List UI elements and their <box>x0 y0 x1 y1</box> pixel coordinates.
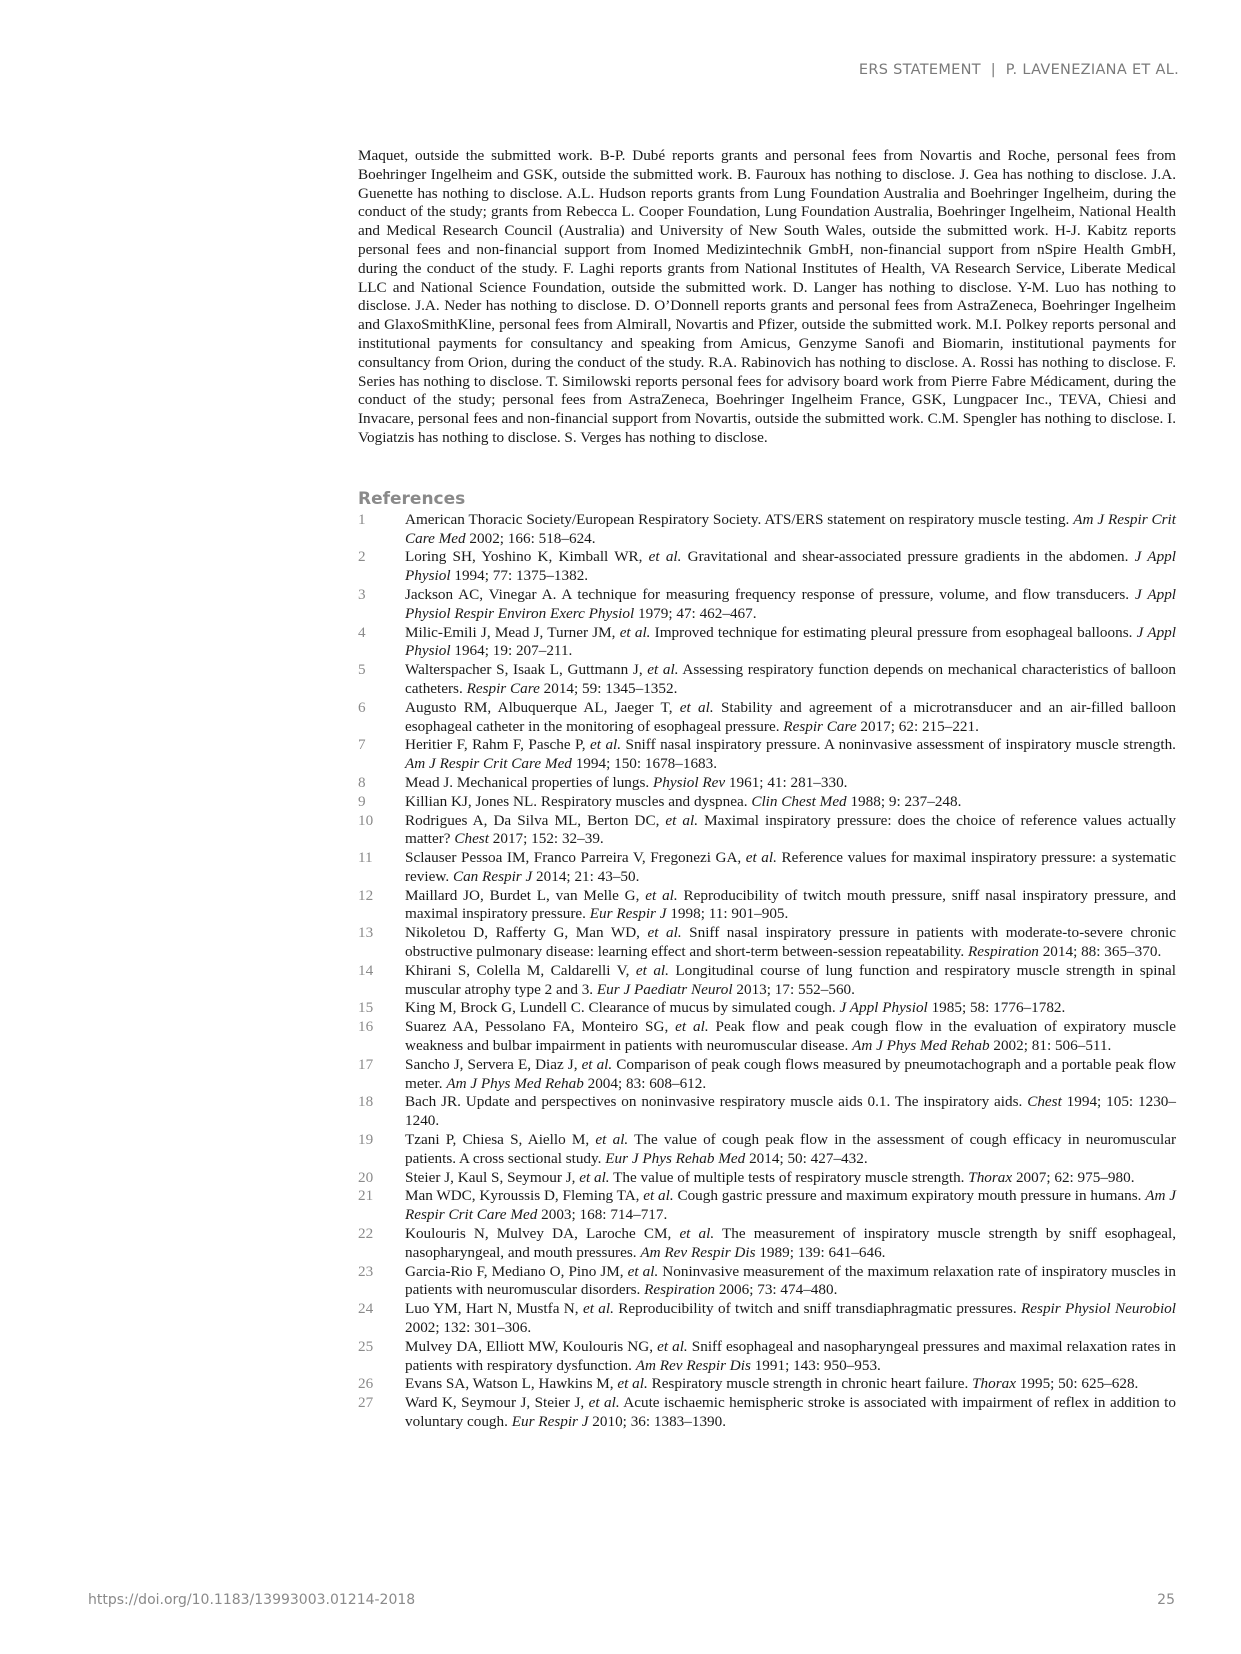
reference-number: 10 <box>358 812 405 850</box>
reference-text: Milic-Emili J, Mead J, Turner JM, et al.… <box>405 624 1176 662</box>
reference-item: 14 Khirani S, Colella M, Caldarelli V, e… <box>358 962 1176 1000</box>
references-heading: References <box>358 488 1176 510</box>
reference-authors-title: Khirani S, Colella M, Caldarelli V, <box>405 962 636 979</box>
reference-journal: Am J Phys Med Rehab <box>446 1075 583 1092</box>
reference-authors-title: Sclauser Pessoa IM, Franco Parreira V, F… <box>405 849 746 866</box>
reference-text: Luo YM, Hart N, Mustfa N, et al. Reprodu… <box>405 1300 1176 1338</box>
reference-authors-title: Killian KJ, Jones NL. Respiratory muscle… <box>405 793 751 810</box>
reference-text: Bach JR. Update and perspectives on noni… <box>405 1093 1176 1131</box>
reference-number: 24 <box>358 1300 405 1338</box>
reference-item: 5 Walterspacher S, Isaak L, Guttmann J, … <box>358 661 1176 699</box>
reference-authors-title: Evans SA, Watson L, Hawkins M, <box>405 1375 617 1392</box>
reference-citation: 1961; 41: 281–330. <box>725 774 847 791</box>
reference-citation: 1988; 9: 237–248. <box>847 793 962 810</box>
reference-title: Respiratory muscle strength in chronic h… <box>648 1375 972 1392</box>
page-content: Maquet, outside the submitted work. B-P.… <box>358 147 1176 1432</box>
reference-citation: 2006; 73: 474–480. <box>715 1281 837 1298</box>
reference-number: 18 <box>358 1093 405 1131</box>
reference-item: 12 Maillard JO, Burdet L, van Melle G, e… <box>358 887 1176 925</box>
reference-authors-title: Steier J, Kaul S, Seymour J, <box>405 1169 579 1186</box>
reference-number: 8 <box>358 774 405 793</box>
reference-number: 12 <box>358 887 405 925</box>
reference-authors-title: Ward K, Seymour J, Steier J, <box>405 1394 589 1411</box>
et-al: et al. <box>590 736 621 753</box>
reference-number: 22 <box>358 1225 405 1263</box>
reference-number: 6 <box>358 699 405 737</box>
reference-citation: 2002; 81: 506–511. <box>990 1037 1112 1054</box>
reference-number: 5 <box>358 661 405 699</box>
reference-authors-title: Maillard JO, Burdet L, van Melle G, <box>405 887 645 904</box>
reference-journal: Clin Chest Med <box>751 793 846 810</box>
reference-number: 27 <box>358 1394 405 1432</box>
reference-authors-title: Bach JR. Update and perspectives on noni… <box>405 1093 1027 1110</box>
reference-text: Mulvey DA, Elliott MW, Koulouris NG, et … <box>405 1338 1176 1376</box>
reference-authors-title: King M, Brock G, Lundell C. Clearance of… <box>405 999 839 1016</box>
reference-item: 6 Augusto RM, Albuquerque AL, Jaeger T, … <box>358 699 1176 737</box>
reference-journal: Eur Respir J <box>590 905 667 922</box>
reference-journal: Respir Physiol Neurobiol <box>1021 1300 1176 1317</box>
reference-journal: Am J Respir Crit Care Med <box>405 755 572 772</box>
reference-title: Gravitational and shear-associated press… <box>681 548 1134 565</box>
reference-journal: Chest <box>454 830 489 847</box>
reference-authors-title: Luo YM, Hart N, Mustfa N, <box>405 1300 583 1317</box>
reference-item: 19 Tzani P, Chiesa S, Aiello M, et al. T… <box>358 1131 1176 1169</box>
reference-citation: 1985; 58: 1776–1782. <box>928 999 1066 1016</box>
reference-item: 2 Loring SH, Yoshino K, Kimball WR, et a… <box>358 548 1176 586</box>
reference-item: 22 Koulouris N, Mulvey DA, Laroche CM, e… <box>358 1225 1176 1263</box>
reference-item: 20 Steier J, Kaul S, Seymour J, et al. T… <box>358 1169 1176 1188</box>
reference-list: 1 American Thoracic Society/European Res… <box>358 511 1176 1432</box>
reference-text: Loring SH, Yoshino K, Kimball WR, et al.… <box>405 548 1176 586</box>
reference-journal: Respir Care <box>783 718 856 735</box>
et-al: et al. <box>665 812 698 829</box>
reference-item: 15 King M, Brock G, Lundell C. Clearance… <box>358 999 1176 1018</box>
reference-journal: Am J Phys Med Rehab <box>852 1037 989 1054</box>
reference-item: 1 American Thoracic Society/European Res… <box>358 511 1176 549</box>
reference-text: Garcia-Rio F, Mediano O, Pino JM, et al.… <box>405 1263 1176 1301</box>
reference-journal: Thorax <box>972 1375 1016 1392</box>
reference-title: The value of multiple tests of respirato… <box>610 1169 969 1186</box>
reference-citation: 2007; 62: 975–980. <box>1012 1169 1134 1186</box>
reference-item: 3 Jackson AC, Vinegar A. A technique for… <box>358 586 1176 624</box>
reference-number: 20 <box>358 1169 405 1188</box>
reference-journal: Respir Care <box>467 680 540 697</box>
reference-title: Reproducibility of twitch and sniff tran… <box>614 1300 1021 1317</box>
reference-number: 17 <box>358 1056 405 1094</box>
reference-number: 23 <box>358 1263 405 1301</box>
et-al: et al. <box>579 1169 609 1186</box>
reference-title: Improved technique for estimating pleura… <box>650 624 1136 641</box>
reference-citation: 2014; 88: 365–370. <box>1039 943 1161 960</box>
reference-item: 13 Nikoletou D, Rafferty G, Man WD, et a… <box>358 924 1176 962</box>
reference-number: 14 <box>358 962 405 1000</box>
running-head: ERS STATEMENT | P. LAVENEZIANA ET AL. <box>859 62 1179 78</box>
et-al: et al. <box>746 849 777 866</box>
reference-text: Killian KJ, Jones NL. Respiratory muscle… <box>405 793 1176 812</box>
reference-citation: 2002; 166: 518–624. <box>466 530 596 547</box>
doi-link[interactable]: https://doi.org/10.1183/13993003.01214-2… <box>88 1592 415 1608</box>
reference-citation: 2013; 17: 552–560. <box>733 981 855 998</box>
et-al: et al. <box>583 1300 614 1317</box>
et-al: et al. <box>645 887 677 904</box>
reference-number: 3 <box>358 586 405 624</box>
reference-item: 27 Ward K, Seymour J, Steier J, et al. A… <box>358 1394 1176 1432</box>
reference-journal: Can Respir J <box>453 868 532 885</box>
reference-number: 19 <box>358 1131 405 1169</box>
reference-citation: 2017; 152: 32–39. <box>489 830 604 847</box>
reference-citation: 1994; 150: 1678–1683. <box>572 755 717 772</box>
reference-item: 23 Garcia-Rio F, Mediano O, Pino JM, et … <box>358 1263 1176 1301</box>
disclosures-paragraph: Maquet, outside the submitted work. B-P.… <box>358 147 1176 448</box>
reference-number: 9 <box>358 793 405 812</box>
reference-authors-title: Milic-Emili J, Mead J, Turner JM, <box>405 624 620 641</box>
reference-text: Koulouris N, Mulvey DA, Laroche CM, et a… <box>405 1225 1176 1263</box>
reference-text: Khirani S, Colella M, Caldarelli V, et a… <box>405 962 1176 1000</box>
reference-item: 9 Killian KJ, Jones NL. Respiratory musc… <box>358 793 1176 812</box>
reference-text: Mead J. Mechanical properties of lungs. … <box>405 774 1176 793</box>
reference-citation: 1994; 77: 1375–1382. <box>451 567 589 584</box>
reference-number: 11 <box>358 849 405 887</box>
reference-item: 11 Sclauser Pessoa IM, Franco Parreira V… <box>358 849 1176 887</box>
reference-citation: 2014; 59: 1345–1352. <box>540 680 678 697</box>
reference-authors-title: Tzani P, Chiesa S, Aiello M, <box>405 1131 595 1148</box>
reference-journal: J Appl Physiol <box>839 999 927 1016</box>
reference-authors-title: Loring SH, Yoshino K, Kimball WR, <box>405 548 649 565</box>
reference-number: 26 <box>358 1375 405 1394</box>
reference-text: Sclauser Pessoa IM, Franco Parreira V, F… <box>405 849 1176 887</box>
reference-number: 15 <box>358 999 405 1018</box>
reference-citation: 1989; 139: 641–646. <box>756 1244 886 1261</box>
reference-citation: 2017; 62: 215–221. <box>857 718 979 735</box>
reference-title: Sniff nasal inspiratory pressure. A noni… <box>621 736 1176 753</box>
et-al: et al. <box>649 548 682 565</box>
et-al: et al. <box>620 624 651 641</box>
reference-text: Heritier F, Rahm F, Pasche P, et al. Sni… <box>405 736 1176 774</box>
reference-text: Augusto RM, Albuquerque AL, Jaeger T, et… <box>405 699 1176 737</box>
reference-text: King M, Brock G, Lundell C. Clearance of… <box>405 999 1176 1018</box>
et-al: et al. <box>617 1375 647 1392</box>
reference-item: 8 Mead J. Mechanical properties of lungs… <box>358 774 1176 793</box>
reference-text: American Thoracic Society/European Respi… <box>405 511 1176 549</box>
reference-citation: 2004; 83: 608–612. <box>584 1075 706 1092</box>
et-al: et al. <box>595 1131 628 1148</box>
reference-journal: Thorax <box>968 1169 1012 1186</box>
reference-item: 21 Man WDC, Kyroussis D, Fleming TA, et … <box>358 1187 1176 1225</box>
reference-journal: Am Rev Respir Dis <box>640 1244 755 1261</box>
reference-item: 17 Sancho J, Servera E, Diaz J, et al. C… <box>358 1056 1176 1094</box>
reference-number: 21 <box>358 1187 405 1225</box>
reference-number: 13 <box>358 924 405 962</box>
reference-number: 4 <box>358 624 405 662</box>
reference-journal: Am Rev Respir Dis <box>636 1357 751 1374</box>
et-al: et al. <box>636 962 669 979</box>
reference-item: 18 Bach JR. Update and perspectives on n… <box>358 1093 1176 1131</box>
et-al: et al. <box>643 1187 673 1204</box>
reference-item: 24 Luo YM, Hart N, Mustfa N, et al. Repr… <box>358 1300 1176 1338</box>
reference-authors-title: Man WDC, Kyroussis D, Fleming TA, <box>405 1187 643 1204</box>
reference-text: Man WDC, Kyroussis D, Fleming TA, et al.… <box>405 1187 1176 1225</box>
et-al: et al. <box>628 1263 659 1280</box>
reference-authors-title: American Thoracic Society/European Respi… <box>405 511 1073 528</box>
reference-authors-title: Nikoletou D, Rafferty G, Man WD, <box>405 924 648 941</box>
reference-citation: 1964; 19: 207–211. <box>451 642 573 659</box>
reference-item: 25 Mulvey DA, Elliott MW, Koulouris NG, … <box>358 1338 1176 1376</box>
reference-journal: Respiration <box>644 1281 715 1298</box>
reference-journal: Eur J Paediatr Neurol <box>597 981 733 998</box>
reference-authors-title: Mulvey DA, Elliott MW, Koulouris NG, <box>405 1338 657 1355</box>
reference-text: Rodrigues A, Da Silva ML, Berton DC, et … <box>405 812 1176 850</box>
reference-text: Tzani P, Chiesa S, Aiello M, et al. The … <box>405 1131 1176 1169</box>
reference-text: Steier J, Kaul S, Seymour J, et al. The … <box>405 1169 1176 1188</box>
reference-text: Jackson AC, Vinegar A. A technique for m… <box>405 586 1176 624</box>
reference-number: 25 <box>358 1338 405 1376</box>
et-al: et al. <box>647 661 678 678</box>
reference-authors-title: Sancho J, Servera E, Diaz J, <box>405 1056 582 1073</box>
et-al: et al. <box>589 1394 620 1411</box>
reference-citation: 2002; 132: 301–306. <box>405 1319 531 1336</box>
reference-journal: Eur J Phys Rehab Med <box>605 1150 745 1167</box>
reference-text: Suarez AA, Pessolano FA, Monteiro SG, et… <box>405 1018 1176 1056</box>
reference-number: 1 <box>358 511 405 549</box>
reference-citation: 1998; 11: 901–905. <box>667 905 789 922</box>
reference-text: Sancho J, Servera E, Diaz J, et al. Comp… <box>405 1056 1176 1094</box>
reference-citation: 1979; 47: 462–467. <box>634 605 756 622</box>
reference-citation: 1991; 143: 950–953. <box>751 1357 881 1374</box>
reference-item: 7 Heritier F, Rahm F, Pasche P, et al. S… <box>358 736 1176 774</box>
reference-journal: Respiration <box>968 943 1039 960</box>
reference-journal: Physiol Rev <box>653 774 725 791</box>
reference-text: Walterspacher S, Isaak L, Guttmann J, et… <box>405 661 1176 699</box>
reference-item: 16 Suarez AA, Pessolano FA, Monteiro SG,… <box>358 1018 1176 1056</box>
reference-citation: 1995; 50: 625–628. <box>1016 1375 1138 1392</box>
reference-journal: Chest <box>1027 1093 1062 1110</box>
reference-authors-title: Garcia-Rio F, Mediano O, Pino JM, <box>405 1263 628 1280</box>
reference-authors-title: Rodrigues A, Da Silva ML, Berton DC, <box>405 812 665 829</box>
reference-text: Evans SA, Watson L, Hawkins M, et al. Re… <box>405 1375 1176 1394</box>
reference-title: Cough gastric pressure and maximum expir… <box>674 1187 1146 1204</box>
reference-number: 7 <box>358 736 405 774</box>
reference-text: Nikoletou D, Rafferty G, Man WD, et al. … <box>405 924 1176 962</box>
page-number: 25 <box>1157 1592 1175 1608</box>
reference-citation: 2010; 36: 1383–1390. <box>589 1413 727 1430</box>
reference-item: 26 Evans SA, Watson L, Hawkins M, et al.… <box>358 1375 1176 1394</box>
et-al: et al. <box>679 1225 714 1242</box>
reference-number: 2 <box>358 548 405 586</box>
et-al: et al. <box>675 1018 708 1035</box>
et-al: et al. <box>680 699 714 716</box>
et-al: et al. <box>657 1338 688 1355</box>
reference-citation: 2003; 168: 714–717. <box>537 1206 667 1223</box>
reference-authors-title: Suarez AA, Pessolano FA, Monteiro SG, <box>405 1018 675 1035</box>
reference-citation: 2014; 50: 427–432. <box>745 1150 867 1167</box>
reference-text: Ward K, Seymour J, Steier J, et al. Acut… <box>405 1394 1176 1432</box>
reference-text: Maillard JO, Burdet L, van Melle G, et a… <box>405 887 1176 925</box>
reference-item: 10 Rodrigues A, Da Silva ML, Berton DC, … <box>358 812 1176 850</box>
reference-authors-title: Koulouris N, Mulvey DA, Laroche CM, <box>405 1225 679 1242</box>
reference-authors-title: Jackson AC, Vinegar A. A technique for m… <box>405 586 1135 603</box>
reference-authors-title: Heritier F, Rahm F, Pasche P, <box>405 736 590 753</box>
reference-citation: 2014; 21: 43–50. <box>532 868 639 885</box>
reference-number: 16 <box>358 1018 405 1056</box>
reference-authors-title: Walterspacher S, Isaak L, Guttmann J, <box>405 661 647 678</box>
et-al: et al. <box>582 1056 613 1073</box>
reference-journal: Eur Respir J <box>512 1413 589 1430</box>
reference-item: 4 Milic-Emili J, Mead J, Turner JM, et a… <box>358 624 1176 662</box>
reference-authors-title: Mead J. Mechanical properties of lungs. <box>405 774 653 791</box>
et-al: et al. <box>648 924 682 941</box>
reference-authors-title: Augusto RM, Albuquerque AL, Jaeger T, <box>405 699 680 716</box>
